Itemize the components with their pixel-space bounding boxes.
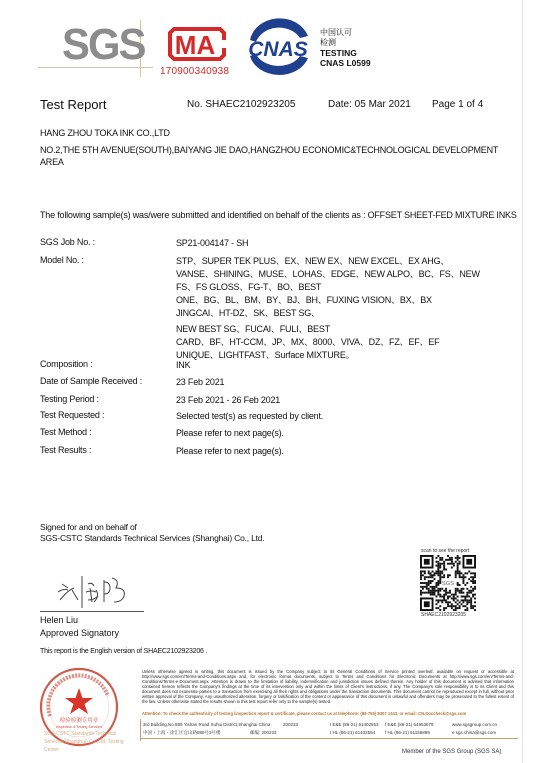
signed-line-2: SGS-CSTC Standards Technical Services (S… (40, 533, 264, 544)
field-label-testing-period: Testing Period : (40, 394, 99, 404)
phone-ee: t E&E (86-21) 61402553 (330, 722, 379, 727)
sgs-member-note: Member of the SGS Group (SGS SA) (402, 749, 501, 755)
svg-text:Inspection & Testing Services: Inspection & Testing Services (56, 725, 102, 729)
cma-number: 170900340938 (160, 66, 229, 77)
model-line: VANSE、SHINING、MUSE、LOHAS、EDGE、NEW ALPO、B… (176, 268, 516, 281)
signatory: Helen Liu Approved Signatory (40, 614, 119, 640)
report-page: SGS MA 170900340938 CNAS 中国认可 检测 TESTING… (0, 0, 523, 763)
website-link[interactable]: www.sgsgroup.com.cn (452, 722, 497, 727)
sgs-logo: SGS (62, 20, 145, 70)
phone-hl: t HL (86-21) 61402594 (330, 730, 375, 735)
field-label-job-no: SGS Job No. : (40, 237, 95, 247)
qr-caption: scan to see the report (421, 548, 469, 554)
field-value-date-received: 23 Feb 2021 (176, 376, 516, 389)
postcode-en: 200233 (283, 722, 298, 727)
handwritten-signature (52, 570, 132, 610)
cnas-cn-line1: 中国认可 (320, 28, 371, 38)
address-en: 3rd Building,No.889 Yishan Road Xuhui Di… (143, 722, 270, 727)
svg-text:CNAS: CNAS (248, 38, 308, 61)
model-line: NEW BEST SG、FUCAI、FULI、BEST (176, 323, 516, 336)
report-title: Test Report (40, 97, 106, 112)
qr-code[interactable]: SGS (420, 555, 476, 611)
field-value-test-results: Please refer to next page(s). (176, 445, 516, 458)
field-label-composition: Composition : (40, 359, 92, 369)
cnas-cn-line2: 检测 (320, 38, 371, 48)
fax-ee: f E&E (86-21) 64953679 (385, 722, 434, 727)
field-value-testing-period: 23 Feb 2021 - 26 Feb 2021 (176, 394, 516, 407)
svg-text:MA: MA (175, 30, 216, 60)
field-value-composition: INK (176, 359, 516, 372)
model-line: FS、FS GLOSS、FG-T、BO、BEST (176, 281, 516, 294)
field-label-date-received: Date of Sample Received : (40, 376, 142, 386)
cnas-code: CNAS L0599 (320, 58, 371, 68)
model-line: JINGCAI、HT-DZ、SK、BEST SG、 (176, 307, 516, 320)
model-line: ONE、BG、BL、BM、BY、BJ、BH、FUXING VISION、BX、B… (176, 294, 516, 307)
terms-fine-print: Unless otherwise agreed in writing, this… (142, 669, 514, 704)
address-cn: 中国・上海・徐汇区宜山路889号3号楼 (143, 730, 221, 736)
sample-intro: The following sample(s) was/were submitt… (40, 209, 520, 221)
field-value-test-requested: Selected test(s) as requested by client. (176, 410, 516, 423)
fax-hl: f HL (86-21) 61156899 (385, 730, 430, 735)
field-label-test-method: Test Method : (40, 427, 91, 437)
client-name: HANG ZHOU TOKA INK CO.,LTD (40, 127, 170, 139)
cnas-testing: TESTING (320, 48, 371, 58)
model-line: CARD、BF、HT-CCM、JP、MX、8000、VIVA、DZ、FZ、EF、… (176, 336, 516, 349)
field-value-test-method: Please refer to next page(s). (176, 427, 516, 440)
field-value-job-no: SP21-004147 - SH (176, 237, 516, 250)
report-date: Date: 05 Mar 2021 (328, 99, 411, 110)
signature-line (40, 611, 144, 612)
qr-report-id: SHAEC2102923205 (421, 612, 466, 618)
cnas-accreditation-text: 中国认可 检测 TESTING CNAS L0599 (320, 28, 371, 68)
report-number: No. SHAEC2102923205 (187, 99, 295, 110)
svg-text:SGS: SGS (442, 581, 454, 587)
cma-logo: MA (166, 25, 228, 63)
field-label-test-results: Test Results : (40, 445, 91, 455)
signed-on-behalf: Signed for and on behalf of SGS-CSTC Sta… (40, 522, 264, 543)
email-link[interactable]: e sgs.china@sgs.com (452, 730, 496, 735)
svg-text:检验检测专用章: 检验检测专用章 (60, 716, 99, 724)
signatory-role: Approved Signatory (40, 627, 119, 640)
cnas-logo: CNAS (238, 18, 318, 76)
signed-line-1: Signed for and on behalf of (40, 522, 264, 533)
signatory-name: Helen Liu (40, 614, 119, 627)
page-indicator: Page 1 of 4 (432, 99, 483, 110)
stamp-side-text: SGS-CSTC Standards Technical Services(Sh… (44, 730, 134, 754)
model-line: STP、SUPER TEK PLUS、EX、NEW EX、NEW EXCEL、E… (176, 255, 516, 268)
client-address: NO.2,THE 5TH AVENUE(SOUTH),BAIYANG JIE D… (40, 144, 510, 168)
postcode-cn: 邮编: 200233 (250, 730, 277, 736)
authenticity-attention: Attention: To check the authenticity of … (142, 711, 514, 716)
english-version-note: This report is the English version of SH… (40, 648, 207, 655)
field-label-test-requested: Test Requested : (40, 410, 104, 420)
footer-divider (140, 738, 518, 739)
field-value-model-no: STP、SUPER TEK PLUS、EX、NEW EX、NEW EXCEL、E… (176, 255, 516, 362)
field-label-model-no: Model No. : (40, 255, 84, 265)
